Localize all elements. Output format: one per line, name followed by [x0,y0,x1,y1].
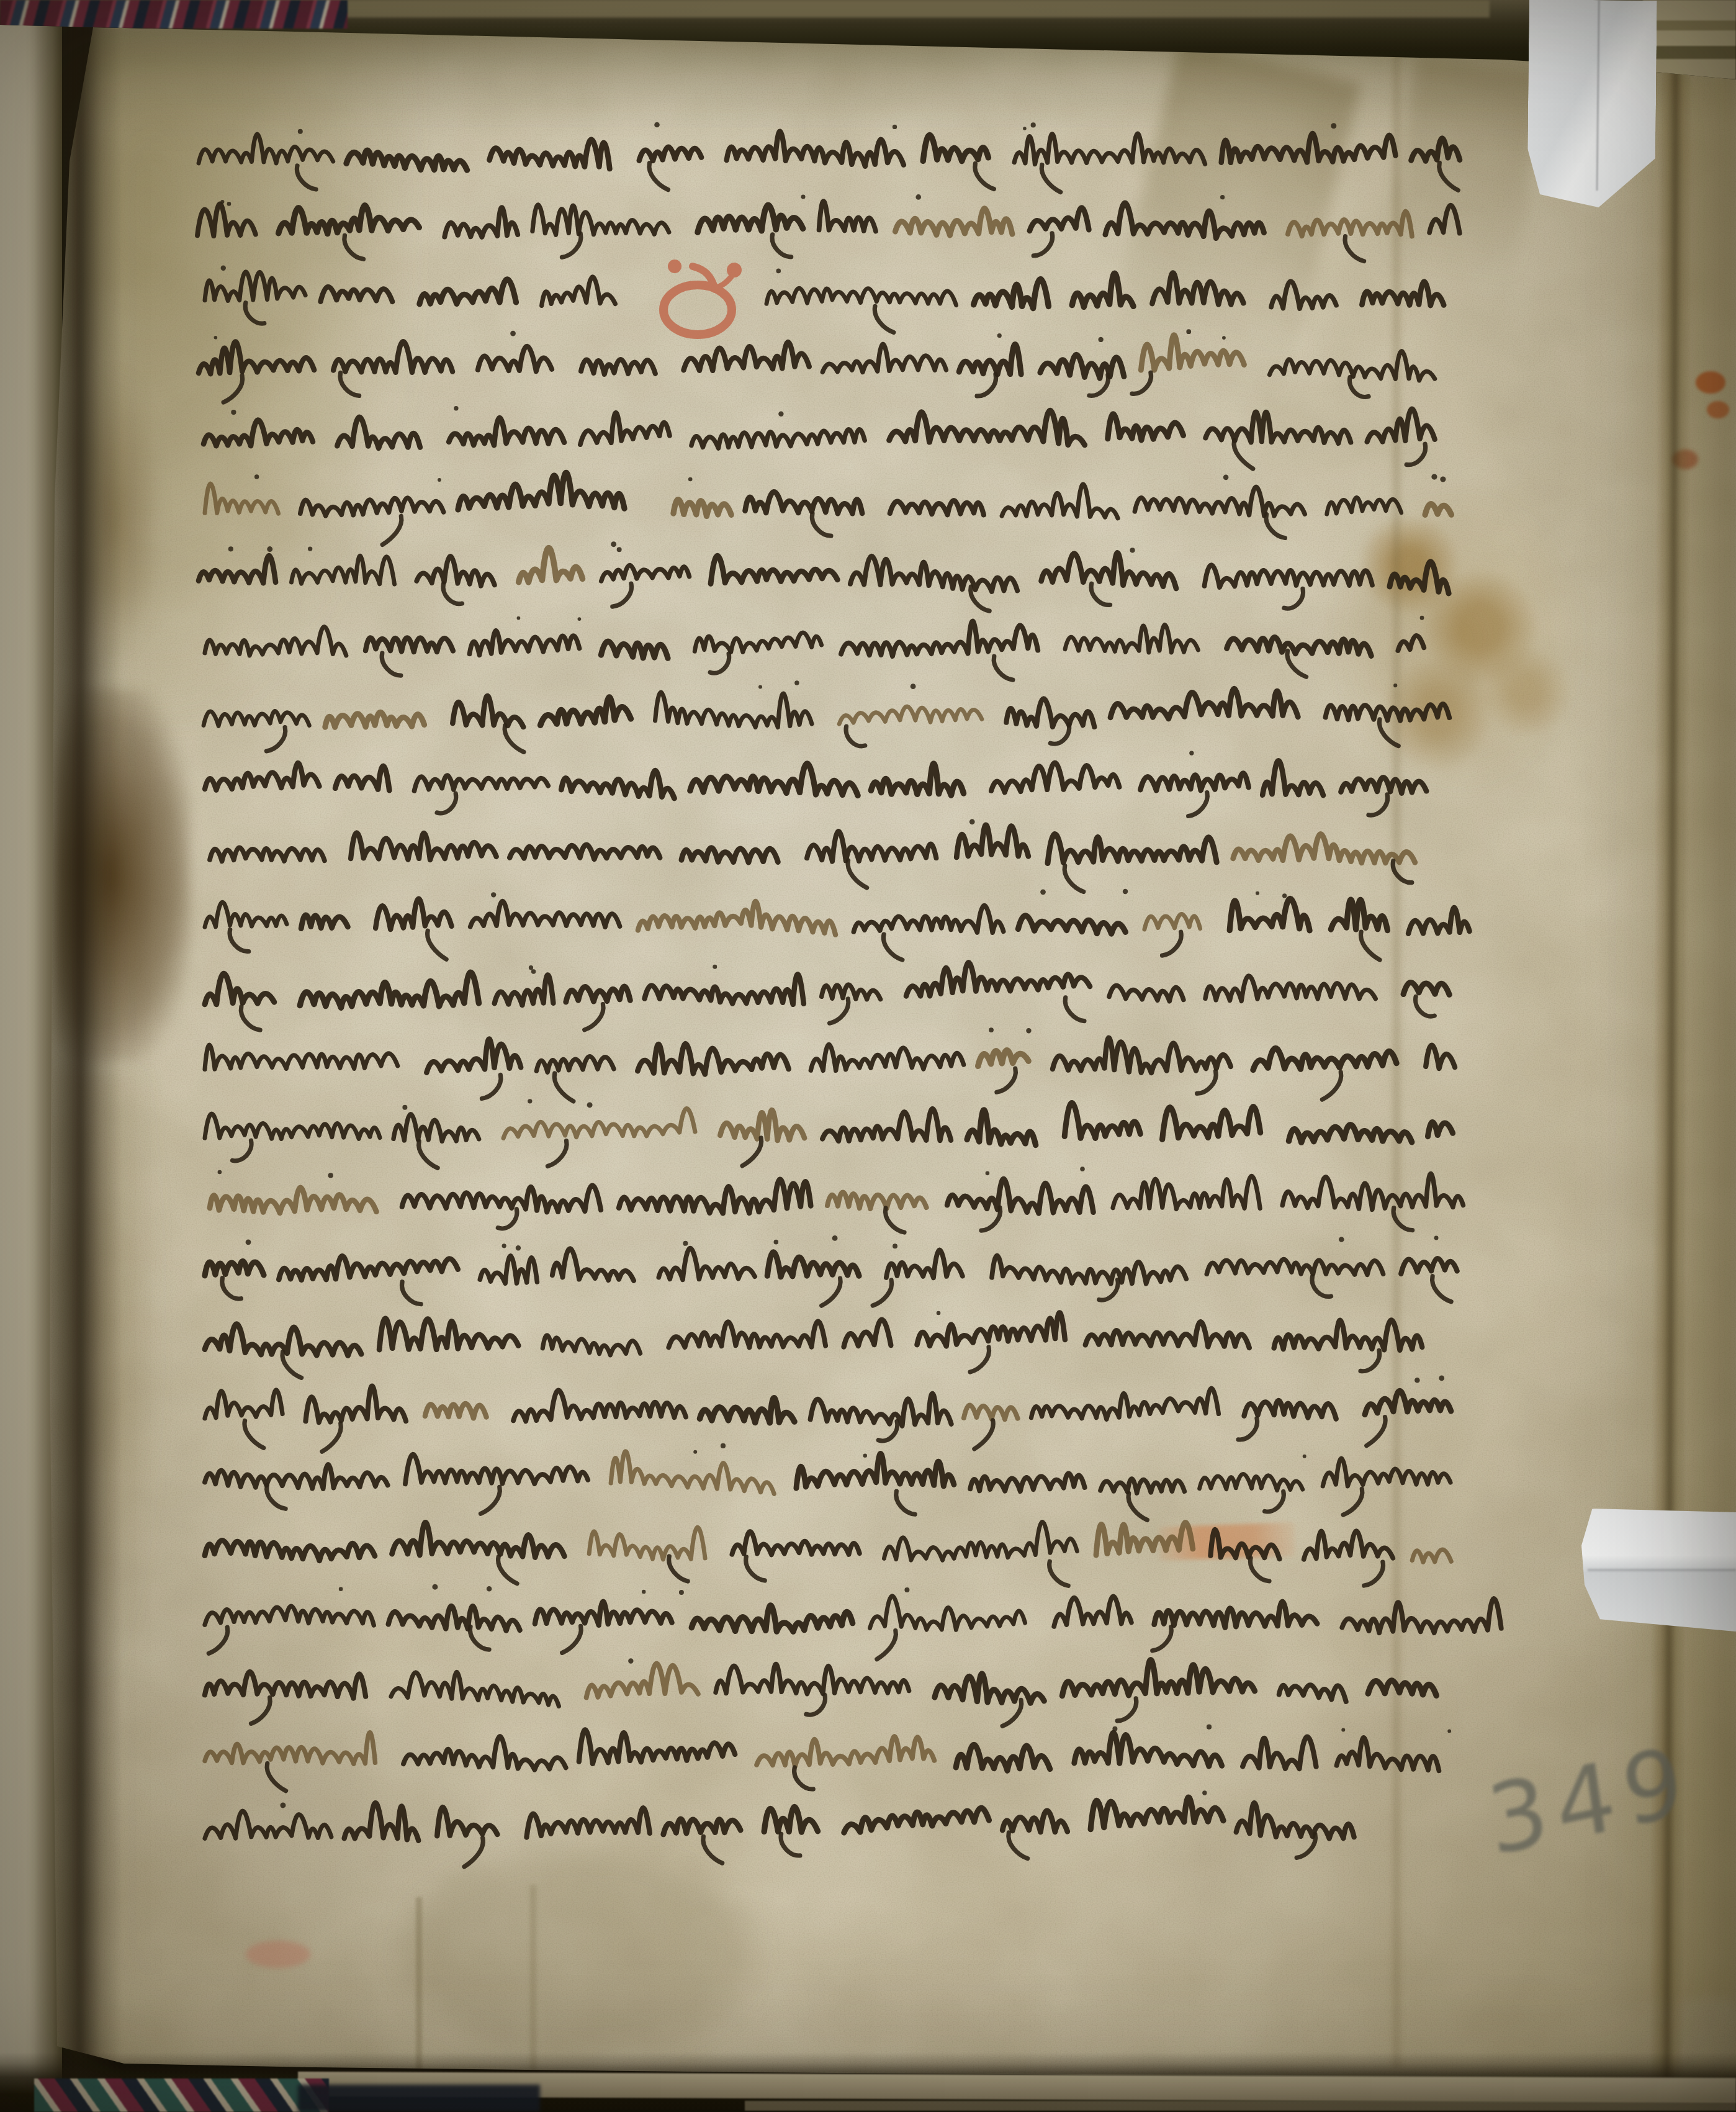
vertical-crease [1649,57,1693,2078]
text-line [205,1440,1451,1522]
text-line [205,1311,1422,1378]
book-edge-highlight [261,0,1490,17]
text-line [199,122,1460,192]
rust-spot [1696,371,1725,394]
underpage-edge [745,2101,1736,2111]
parchment-texture [0,0,1736,2112]
binding-bottom-edge [0,2052,1736,2112]
text-line [205,1026,1455,1103]
endband-textile-top [0,0,348,29]
paper-tab-right [1581,1509,1736,1631]
stain [1097,38,1362,421]
red-initial [663,259,742,335]
gutter-shadow [29,0,122,2112]
text-line [199,540,1449,612]
vertical-crease [1389,31,1404,2067]
vertical-crease [530,1885,536,2071]
rust-spot [1707,401,1729,418]
text-line [205,1098,1453,1170]
vertical-crease [416,1897,422,2070]
text-line [210,819,1415,893]
stain [403,1850,751,2055]
text-line [205,1582,1501,1661]
text-line [205,1723,1451,1793]
text-line [205,1234,1457,1306]
red-pigment-smear [1159,1522,1295,1561]
stain [1322,490,1595,801]
text-line [205,1520,1451,1587]
text-line [205,1375,1451,1452]
text-line [204,402,1435,473]
folio-number: 349 [1481,1724,1706,1903]
text-line [205,887,1470,962]
stain [1614,74,1736,1999]
rust-spot [1672,449,1698,469]
text-line [205,615,1424,681]
text-line [205,471,1452,547]
text-line [199,329,1435,402]
handwriting-text-block [0,0,1736,2112]
text-line [205,747,1427,817]
manuscript-photo: 349 [0,0,1736,2112]
parchment-page: 349 [0,0,1736,2112]
text-line [197,192,1460,265]
text-line [205,1789,1354,1869]
text-line [210,1167,1463,1232]
text-line [205,959,1450,1032]
red-mark [246,1941,310,1968]
endband-textile-bottom [34,2078,329,2112]
text-line [205,1658,1436,1726]
stain [1378,54,1545,336]
text-line [204,676,1450,754]
binding-cloth [298,2085,540,2112]
text-line [205,265,1444,333]
